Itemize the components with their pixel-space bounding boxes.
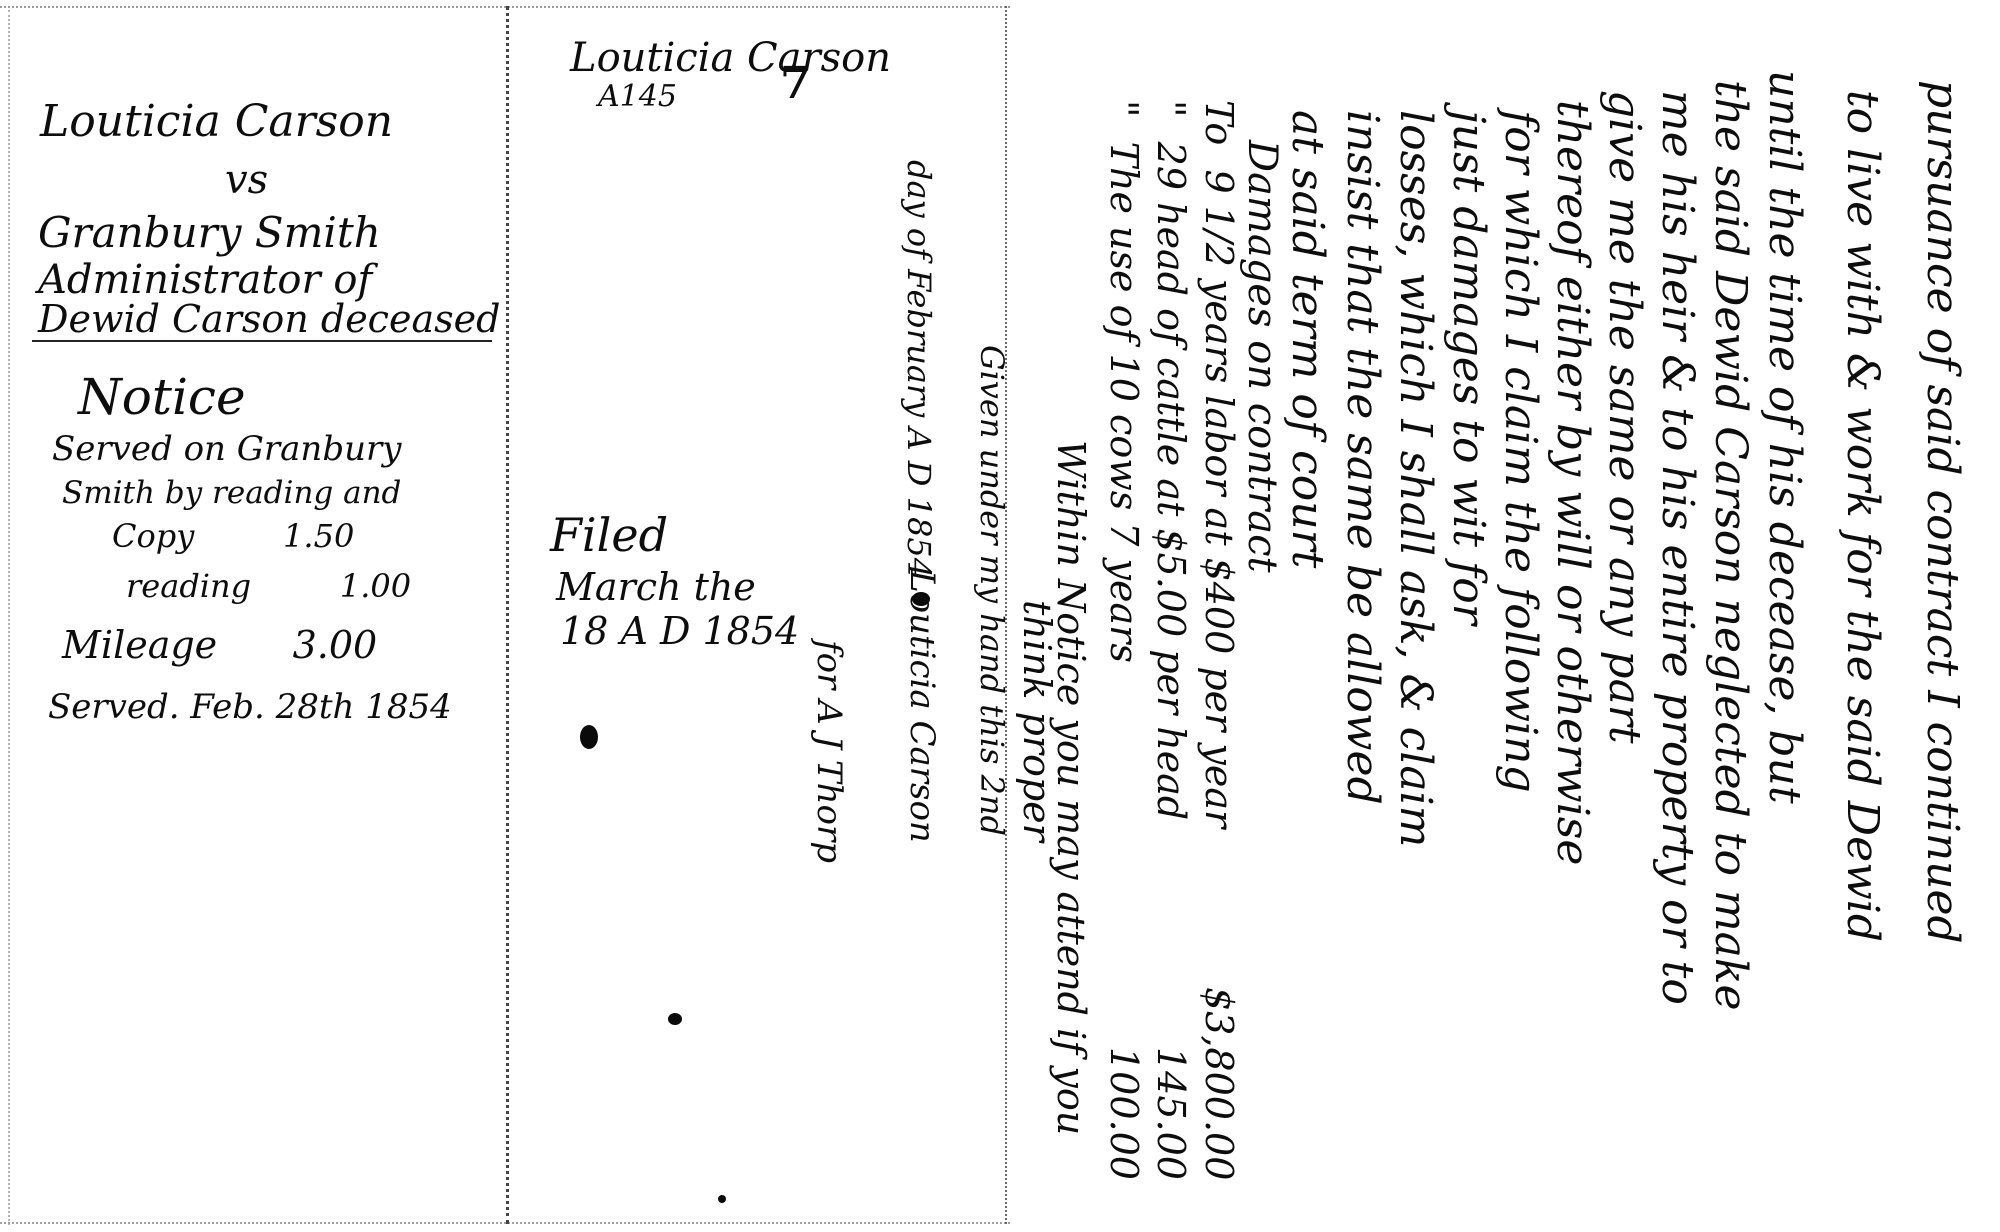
closing-line: think proper — [1018, 600, 1056, 842]
scan-edge-top — [0, 6, 1010, 8]
fee-label: Copy — [112, 520, 194, 552]
fee-label: reading — [126, 570, 251, 602]
defendant-name: Granbury Smith — [38, 212, 381, 254]
body-line: to live with & work for the said Dewid — [1840, 90, 1884, 942]
ledger-row: " 29 head of cattle at $5.00 per head 14… — [1152, 100, 1190, 1180]
ink-blot — [668, 1013, 682, 1025]
plaintiff-name: Louticia Carson — [40, 100, 393, 144]
signature-given-line: Given under my hand this 2nd — [976, 345, 1008, 1225]
served-on-line: Served on Granbury — [52, 432, 401, 466]
caption-underline — [32, 340, 492, 342]
scan-edge-left — [8, 10, 10, 1225]
ledger-amount: 145.00 — [1152, 1047, 1190, 1180]
filed-label: Filed — [550, 512, 668, 558]
versus-label: vs — [225, 160, 268, 200]
ledger-item: " 29 head of cattle at $5.00 per head — [1152, 100, 1190, 820]
body-line: for which I claim the following — [1498, 110, 1542, 793]
fee-row-copy: Copy 1.50 — [112, 520, 354, 552]
ledger-row: " The use of 10 cows 7 years 100.00 — [1105, 100, 1143, 1180]
ink-blot — [580, 725, 598, 749]
scan-edge-bottom — [0, 1222, 1010, 1224]
body-line: the said Dewid Carson neglected to make — [1708, 80, 1752, 1011]
scanned-document-page: Louticia Carson vs Granbury Smith Admini… — [0, 0, 2000, 1232]
docket-number: A145 — [598, 82, 677, 112]
body-line: thereof either by will or otherwise — [1550, 100, 1594, 865]
body-line: me his heir & to his entire property or … — [1655, 90, 1699, 1005]
filed-date: 18 A D 1854 — [560, 612, 799, 650]
body-line: give me the same or any part — [1602, 90, 1646, 744]
body-line: pursuance of said contract I continued — [1920, 80, 1964, 944]
body-line: just damages to wit for — [1446, 110, 1490, 625]
body-line: losses, which I shall ask, & claim — [1393, 110, 1437, 847]
body-line: until the time of his decease, but — [1762, 70, 1806, 804]
signature-date-line: day of February A D 1854 — [903, 160, 935, 720]
damages-heading: Damages on contract — [1242, 140, 1282, 573]
body-line: insist that the same be allowed — [1340, 110, 1384, 805]
fee-amount: 1.00 — [291, 570, 411, 602]
docket-mark: 7 — [780, 62, 811, 106]
fee-row-reading: reading 1.00 — [126, 570, 411, 602]
fee-label: Mileage — [62, 626, 217, 664]
ledger-item: To 9 1/2 years labor at $400 per year — [1200, 100, 1238, 828]
notice-title: Notice — [78, 372, 246, 422]
ledger-item: " The use of 10 cows 7 years — [1105, 100, 1143, 663]
ledger-amount: 100.00 — [1105, 1047, 1143, 1180]
fee-row-mileage: Mileage 3.00 — [62, 626, 377, 664]
body-line: at said term of court — [1285, 110, 1329, 568]
deceased-line: Dewid Carson deceased — [38, 300, 500, 338]
fee-amount: 1.50 — [234, 520, 354, 552]
served-date: Served. Feb. 28th 1854 — [48, 690, 452, 724]
ledger-row: To 9 1/2 years labor at $400 per year $3… — [1200, 100, 1238, 1180]
administrator-line: Administrator of — [38, 260, 372, 300]
served-by-line: Smith by reading and — [62, 478, 401, 509]
ledger-amount: $3,800.00 — [1200, 987, 1238, 1180]
fold-line-left — [506, 6, 509, 1224]
filed-month: March the — [556, 568, 756, 606]
fee-amount: 3.00 — [257, 626, 377, 664]
docket-name: Louticia Carson — [570, 38, 891, 78]
signature-by-line: for A J Thorp — [812, 640, 846, 1160]
ink-blot — [718, 1195, 726, 1203]
